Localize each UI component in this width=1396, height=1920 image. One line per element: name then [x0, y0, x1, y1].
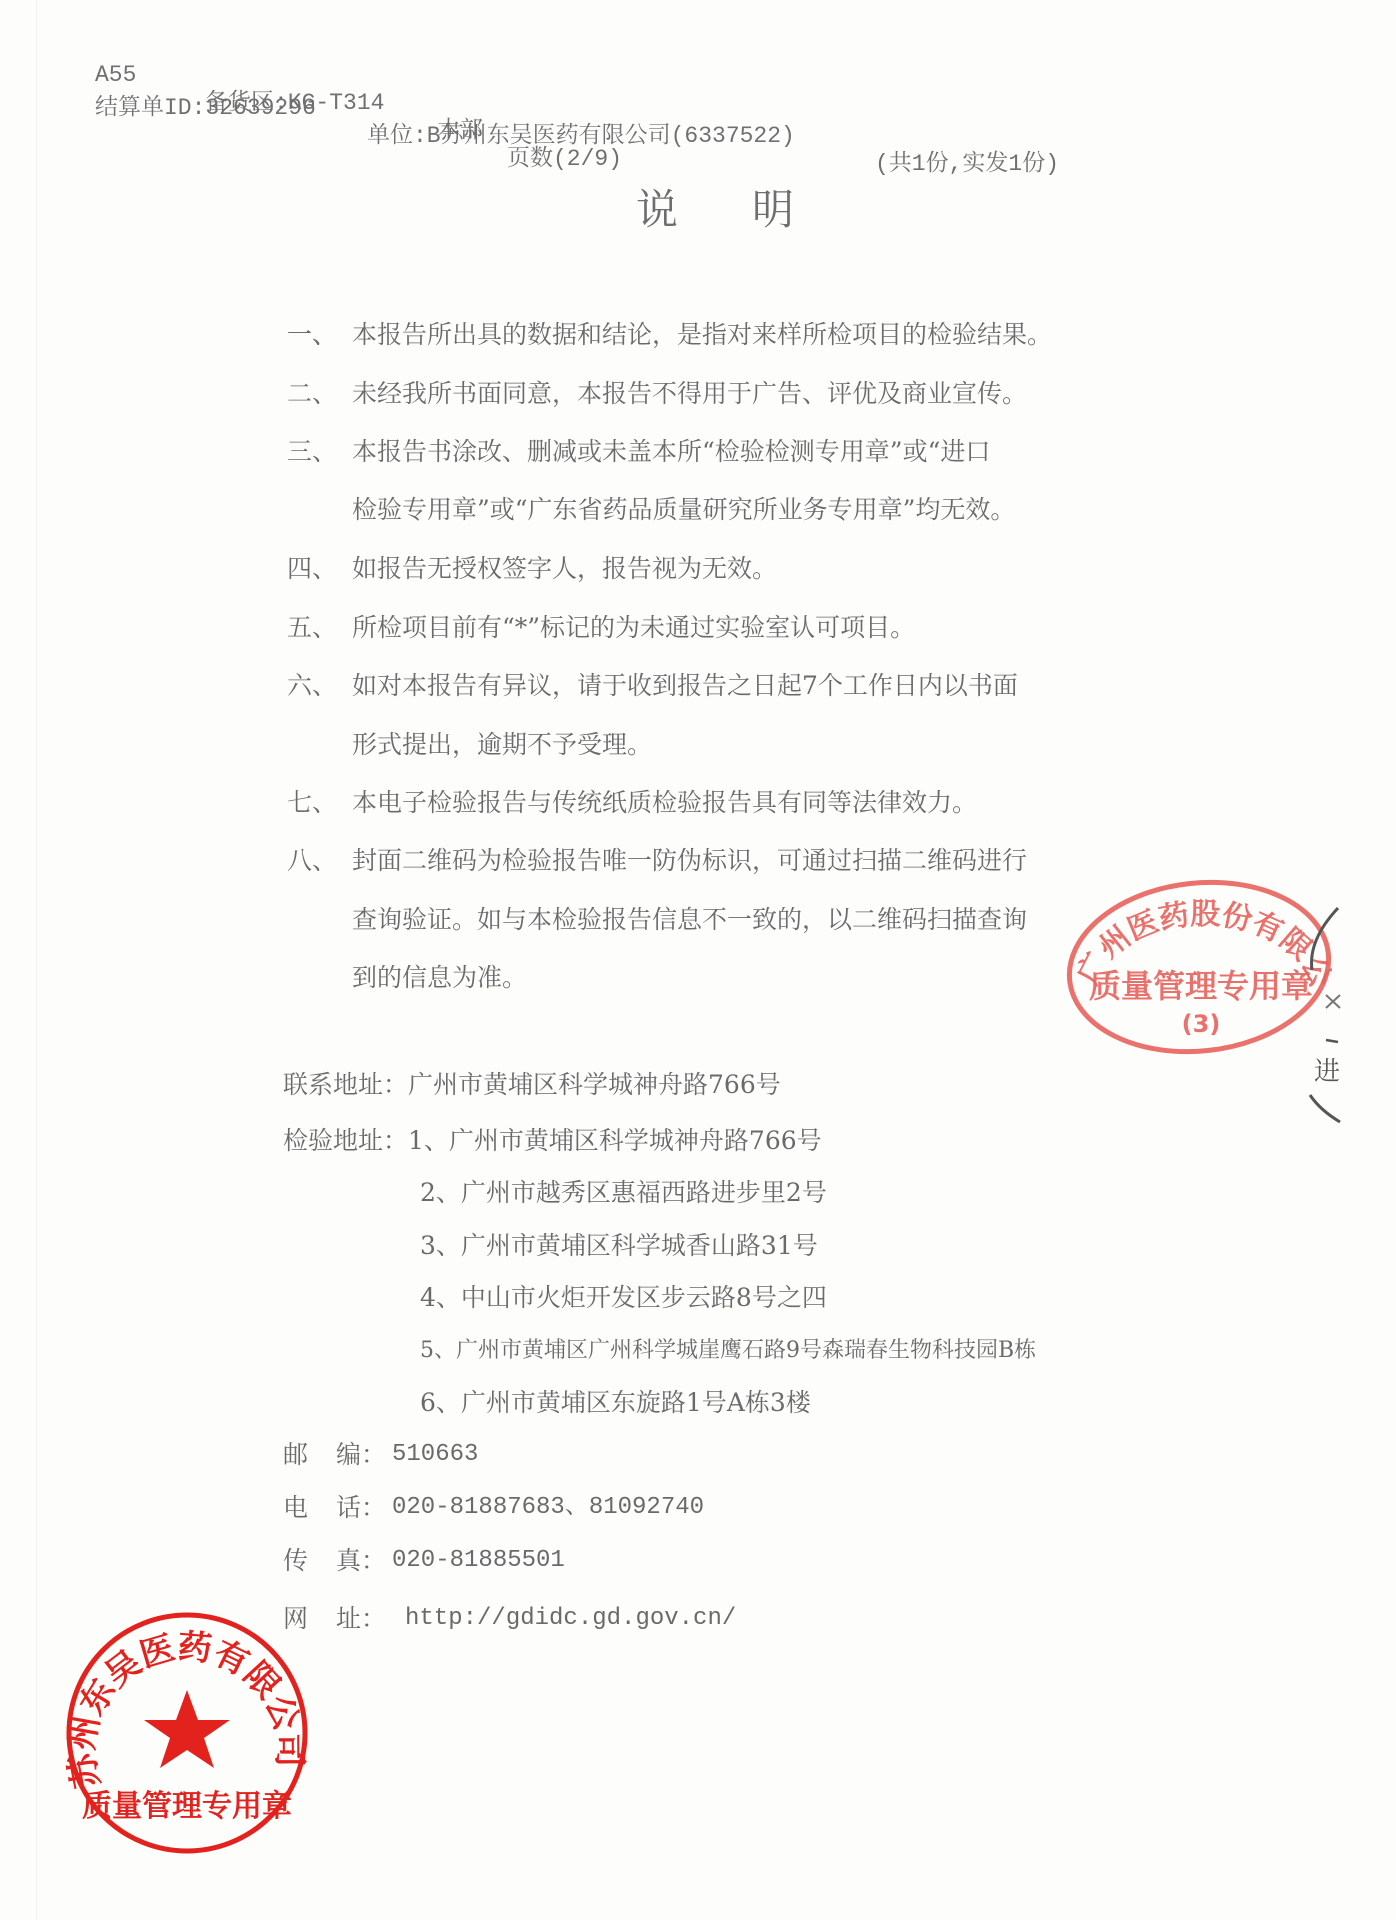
contact-address-label: 联系地址： [283, 1070, 408, 1100]
svg-text:质量管理专用章: 质量管理专用章 [1089, 967, 1313, 1005]
inspection-address-1: 1、广州市黄埔区科学城神舟路766号 [408, 1126, 822, 1156]
svg-text:(3): (3) [1182, 1010, 1221, 1038]
notice-text-3b: 检验专用章”或“广东省药品质量研究所业务专用章”均无效。 [352, 495, 1015, 525]
notice-text-4: 如报告无授权签字人，报告视为无效。 [352, 554, 777, 584]
inspection-address-5: 5、广州市黄埔区广州科学城崖鹰石路9号森瑞春生物科技园B栋 [420, 1336, 1036, 1366]
notice-text-6b: 形式提出，逾期不予受理。 [352, 730, 652, 760]
postcode-label-2: 编： [336, 1440, 386, 1470]
notice-text-5: 所检项目前有“*”标记的为未通过实验室认可项目。 [352, 613, 915, 643]
website-label-2: 址： [336, 1604, 386, 1634]
notice-text-3a: 本报告书涂改、删减或未盖本所“检验检测专用章”或“进口 [352, 437, 990, 467]
notice-text-8b: 查询验证。如与本检验报告信息不一致的，以二维码扫描查询 [352, 905, 1027, 935]
fax-value: 020-81885501 [392, 1546, 565, 1576]
notice-number-5: 五、 [287, 613, 337, 643]
notice-number-2: 二、 [287, 379, 337, 409]
notice-text-2: 未经我所书面同意，本报告不得用于广告、评优及商业宣传。 [352, 379, 1027, 409]
inspection-address-3: 3、广州市黄埔区科学城香山路31号 [420, 1231, 818, 1261]
phone-label-2: 话： [336, 1493, 386, 1523]
postcode-label-1: 邮 [283, 1440, 308, 1470]
notice-text-6a: 如对本报告有异议，请于收到报告之日起7个工作日内以书面 [352, 671, 1018, 701]
fax-label-1: 传 [283, 1546, 308, 1576]
notice-number-7: 七、 [287, 788, 337, 818]
header-unit: 单位:B苏州东吴医药有限公司(6337522) [367, 122, 795, 150]
inspection-address-4: 4、中山市火炬开发区步云路8号之四 [420, 1283, 827, 1313]
partial-seal-arc-icon: 进 [1300, 900, 1350, 1130]
notice-number-6: 六、 [287, 671, 337, 701]
notice-text-8c: 到的信息为准。 [352, 963, 527, 993]
contact-address: 广州市黄埔区科学城神舟路766号 [408, 1070, 781, 1100]
inspection-address-label: 检验地址： [283, 1126, 408, 1156]
svg-text:质量管理专用章: 质量管理专用章 [82, 1789, 292, 1824]
phone-label-1: 电 [283, 1493, 308, 1523]
inspection-address-2: 2、广州市越秀区惠福西路进步里2号 [420, 1178, 827, 1208]
notice-number-8: 八、 [287, 846, 337, 876]
notice-text-7: 本电子检验报告与传统纸质检验报告具有同等法律效力。 [352, 788, 977, 818]
fax-label-2: 真： [336, 1546, 386, 1576]
notice-text-8a: 封面二维码为检验报告唯一防伪标识，可通过扫描二维码进行 [352, 846, 1027, 876]
notice-number-3: 三、 [287, 437, 337, 467]
postcode-value: 510663 [392, 1440, 478, 1470]
website-link[interactable]: http://gdidc.gd.gov.cn/ [405, 1604, 736, 1634]
seal-circle-icon: 苏州东吴医药有限公司 质量管理专用章 [62, 1608, 312, 1858]
notice-number-1: 一、 [287, 320, 337, 350]
header-settlement-id: 结算单ID:32639296 [95, 94, 316, 122]
phone-value: 020-81887683、81092740 [392, 1493, 704, 1523]
svg-text:进: 进 [1314, 1057, 1340, 1087]
notice-text-1: 本报告所出具的数据和结论，是指对来样所检项目的检验结果。 [352, 320, 1052, 350]
inspection-address-6: 6、广州市黄埔区东旋路1号A栋3楼 [420, 1388, 811, 1418]
page-edge [36, 0, 37, 1920]
header-copies: (共1份,实发1份) [875, 150, 1059, 178]
page-title: 说明 [636, 186, 868, 234]
notice-number-4: 四、 [287, 554, 337, 584]
header-line-2: 结算单ID:32639296 单位:B苏州东吴医药有限公司(6337522) (… [95, 66, 150, 206]
